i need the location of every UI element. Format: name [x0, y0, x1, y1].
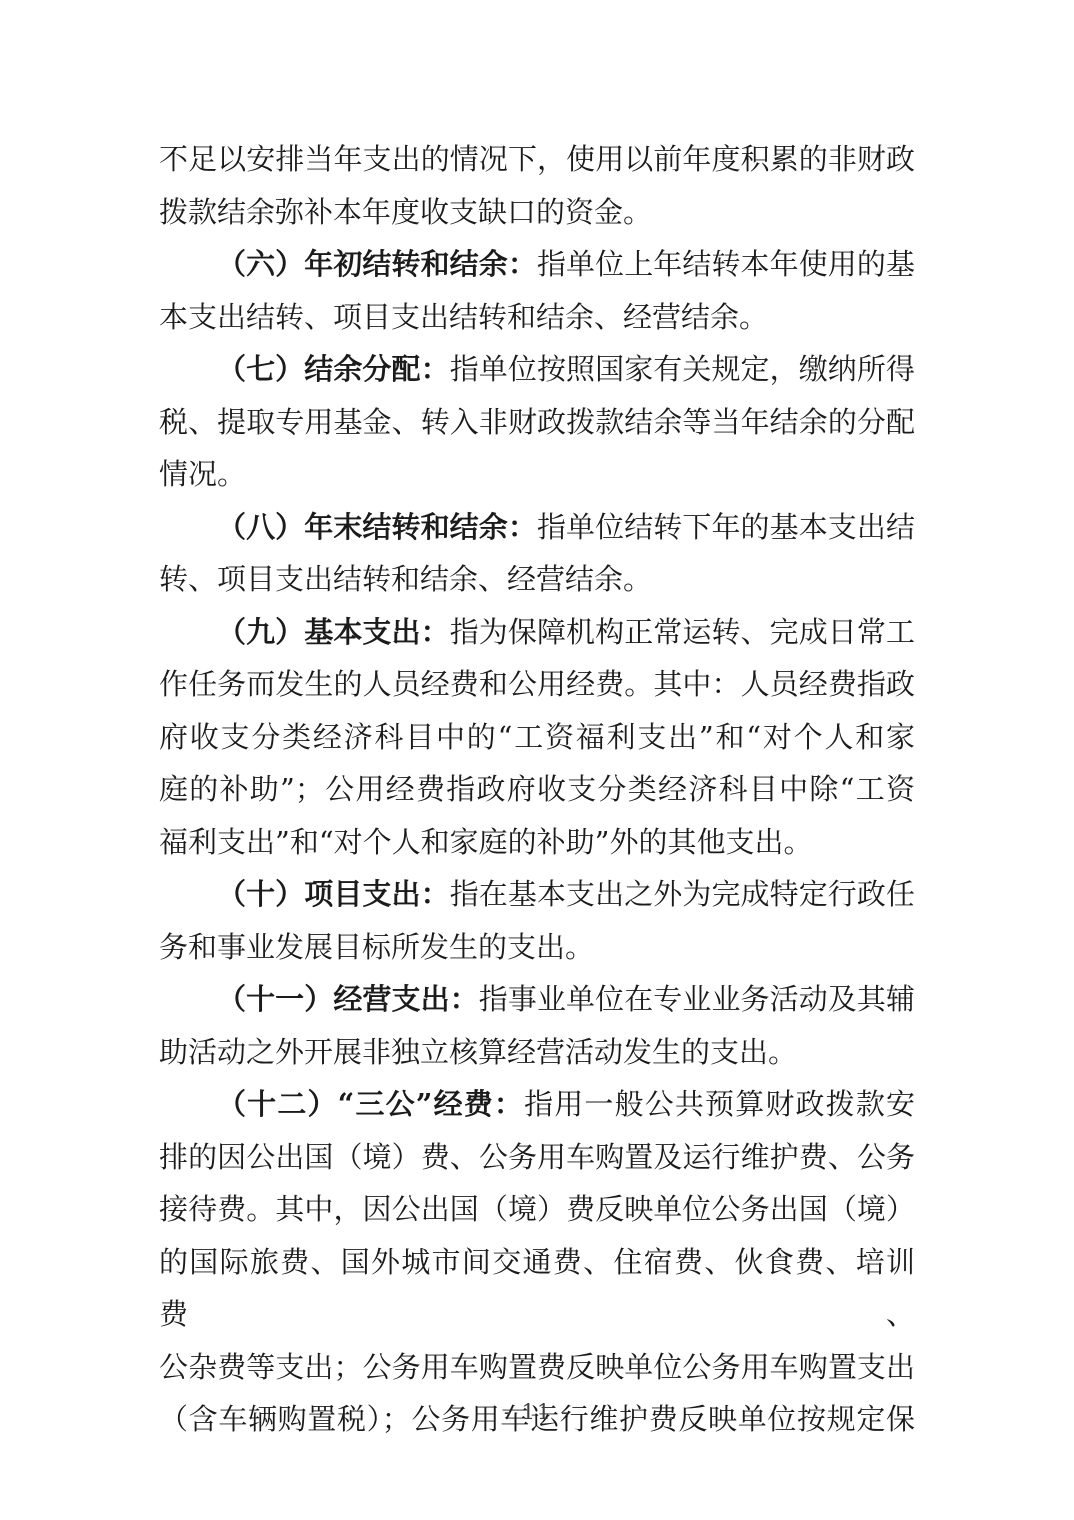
document-line: 福利支出”和“对个人和家庭的补助”外的其他支出。: [159, 816, 915, 869]
document-page: 不足以安排当年支出的情况下，使用以前年度积累的非财政拨款结余弥补本年度收支缺口的…: [0, 0, 1074, 1520]
document-line: 转、项目支出结转和结余、经营结余。: [159, 553, 915, 606]
document-line: 助活动之外开展非独立核算经营活动发生的支出。: [159, 1026, 915, 1079]
document-line: （十）项目支出：指在基本支出之外为完成特定行政任: [159, 868, 915, 921]
term-label: （十）项目支出：: [217, 877, 450, 911]
document-line: （九）基本支出：指为保障机构正常运转、完成日常工: [159, 606, 915, 659]
term-label: （九）基本支出：: [217, 615, 450, 649]
document-line: 不足以安排当年支出的情况下，使用以前年度积累的非财政: [159, 133, 915, 186]
term-label: （六）年初结转和结余：: [217, 247, 537, 281]
term-label: （十一）经营支出：: [217, 982, 479, 1016]
term-label: （十二）“三公”经费：: [217, 1087, 524, 1121]
document-line: （十二）“三公”经费：指用一般公共预算财政拨款安: [159, 1078, 915, 1131]
document-line: 务和事业发展目标所发生的支出。: [159, 921, 915, 974]
document-line: （十一）经营支出：指事业单位在专业业务活动及其辅: [159, 973, 915, 1026]
term-label: （七）结余分配：: [217, 352, 450, 386]
document-line: 庭的补助”；公用经费指政府收支分类经济科目中除“工资: [159, 763, 915, 816]
document-line: （七）结余分配：指单位按照国家有关规定，缴纳所得: [159, 343, 915, 396]
document-line: 排的因公出国（境）费、公务用车购置及运行维护费、公务: [159, 1131, 915, 1184]
document-line: （六）年初结转和结余：指单位上年结转本年使用的基: [159, 238, 915, 291]
document-line: 税、提取专用基金、转入非财政拨款结余等当年结余的分配: [159, 396, 915, 449]
page-number: - 11 -: [0, 1400, 1074, 1424]
document-line: 拨款结余弥补本年度收支缺口的资金。: [159, 186, 915, 239]
document-line: 本支出结转、项目支出结转和结余、经营结余。: [159, 291, 915, 344]
document-line: 公杂费等支出；公务用车购置费反映单位公务用车购置支出: [159, 1341, 915, 1394]
document-line: （八）年末结转和结余：指单位结转下年的基本支出结: [159, 501, 915, 554]
term-label: （八）年末结转和结余：: [217, 510, 537, 544]
document-line: 情况。: [159, 448, 915, 501]
document-content: 不足以安排当年支出的情况下，使用以前年度积累的非财政拨款结余弥补本年度收支缺口的…: [159, 133, 915, 1446]
document-line: 作任务而发生的人员经费和公用经费。其中：人员经费指政: [159, 658, 915, 711]
document-line: 接待费。其中，因公出国（境）费反映单位公务出国（境）: [159, 1183, 915, 1236]
document-line: 府收支分类经济科目中的“工资福利支出”和“对个人和家: [159, 711, 915, 764]
document-line: 的国际旅费、国外城市间交通费、住宿费、伙食费、培训费、: [159, 1236, 915, 1341]
